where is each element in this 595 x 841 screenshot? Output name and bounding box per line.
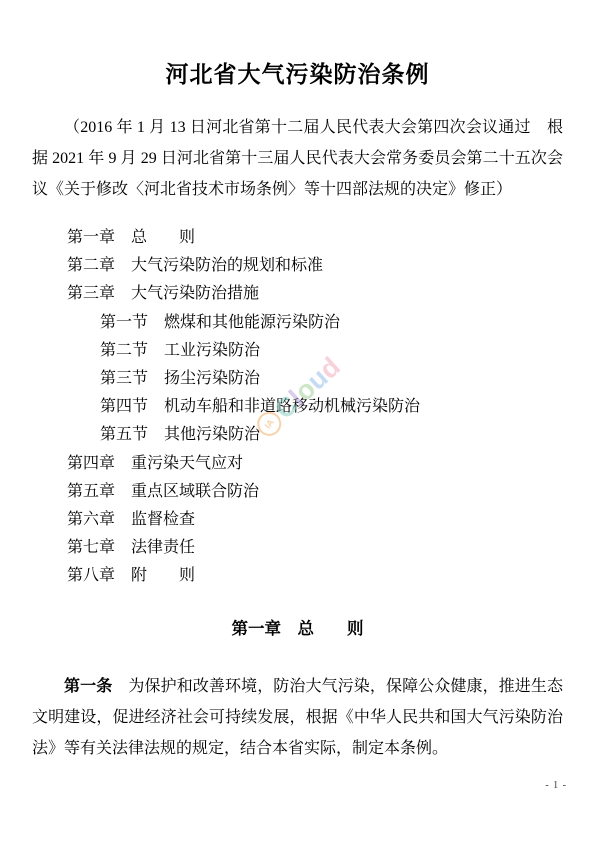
toc-item-label: 第七章 xyxy=(67,539,115,556)
toc-item-label: 第五节 xyxy=(100,426,148,443)
toc-item-section-2: 第二节工业污染防治 xyxy=(32,337,563,365)
toc-item-title: 重点区域联合防治 xyxy=(131,483,259,500)
chapter-1-heading: 第一章 总 则 xyxy=(0,615,595,639)
toc-item-label: 第四章 xyxy=(67,455,115,472)
document-title: 河北省大气污染防治条例 xyxy=(0,56,595,89)
toc-item-title: 燃煤和其他能源污染防治 xyxy=(164,314,340,331)
toc-item-title: 法律责任 xyxy=(131,539,195,556)
toc-item-label: 第一章 xyxy=(67,229,115,246)
toc-item-chapter-5: 第五章重点区域联合防治 xyxy=(32,478,563,506)
article-1-paragraph: 第一条 为保护和改善环境，防治大气污染，保障公众健康，推进生态文明建设，促进经济… xyxy=(32,671,563,764)
toc-item-title: 工业污染防治 xyxy=(164,342,260,359)
toc-item-chapter-1: 第一章总 则 xyxy=(32,224,563,252)
toc-item-section-5: 第五节其他污染防治 xyxy=(32,421,563,449)
toc-item-chapter-7: 第七章法律责任 xyxy=(32,534,563,562)
toc-item-title: 监督检查 xyxy=(131,511,195,528)
page-number: - 1 - xyxy=(545,780,567,791)
toc-item-title: 附 则 xyxy=(131,567,195,584)
toc-item-chapter-6: 第六章监督检查 xyxy=(32,506,563,534)
toc-item-title: 大气污染防治的规划和标准 xyxy=(131,257,323,274)
toc-item-label: 第一节 xyxy=(100,314,148,331)
table-of-contents: 第一章总 则 第二章大气污染防治的规划和标准 第三章大气污染防治措施 第一节燃煤… xyxy=(32,224,563,590)
toc-item-label: 第三章 xyxy=(67,285,115,302)
toc-item-section-4: 第四节机动车船和非道路移动机械污染防治 xyxy=(32,393,563,421)
toc-item-title: 扬尘污染防治 xyxy=(164,370,260,387)
article-1-number: 第一条 xyxy=(64,678,112,695)
toc-item-chapter-3: 第三章大气污染防治措施 xyxy=(32,280,563,308)
toc-item-section-3: 第三节扬尘污染防治 xyxy=(32,365,563,393)
toc-item-chapter-2: 第二章大气污染防治的规划和标准 xyxy=(32,252,563,280)
document-page: 河北省大气污染防治条例 （2016 年 1 月 13 日河北省第十二届人民代表大… xyxy=(0,0,595,841)
toc-item-label: 第六章 xyxy=(67,511,115,528)
toc-item-label: 第二章 xyxy=(67,257,115,274)
toc-item-title: 总 则 xyxy=(131,229,195,246)
article-1-spacer xyxy=(112,678,128,695)
toc-item-label: 第四节 xyxy=(100,398,148,415)
toc-item-label: 第八章 xyxy=(67,567,115,584)
adoption-note-paragraph: （2016 年 1 月 13 日河北省第十二届人民代表大会第四次会议通过 根据 … xyxy=(32,112,563,205)
toc-item-section-1: 第一节燃煤和其他能源污染防治 xyxy=(32,309,563,337)
toc-item-label: 第五章 xyxy=(67,483,115,500)
toc-item-title: 机动车船和非道路移动机械污染防治 xyxy=(164,398,420,415)
toc-item-title: 大气污染防治措施 xyxy=(131,285,259,302)
toc-item-label: 第二节 xyxy=(100,342,148,359)
toc-item-chapter-4: 第四章重污染天气应对 xyxy=(32,450,563,478)
toc-item-title: 其他污染防治 xyxy=(164,426,260,443)
toc-item-title: 重污染天气应对 xyxy=(131,455,243,472)
toc-item-label: 第三节 xyxy=(100,370,148,387)
toc-item-chapter-8: 第八章附 则 xyxy=(32,562,563,590)
